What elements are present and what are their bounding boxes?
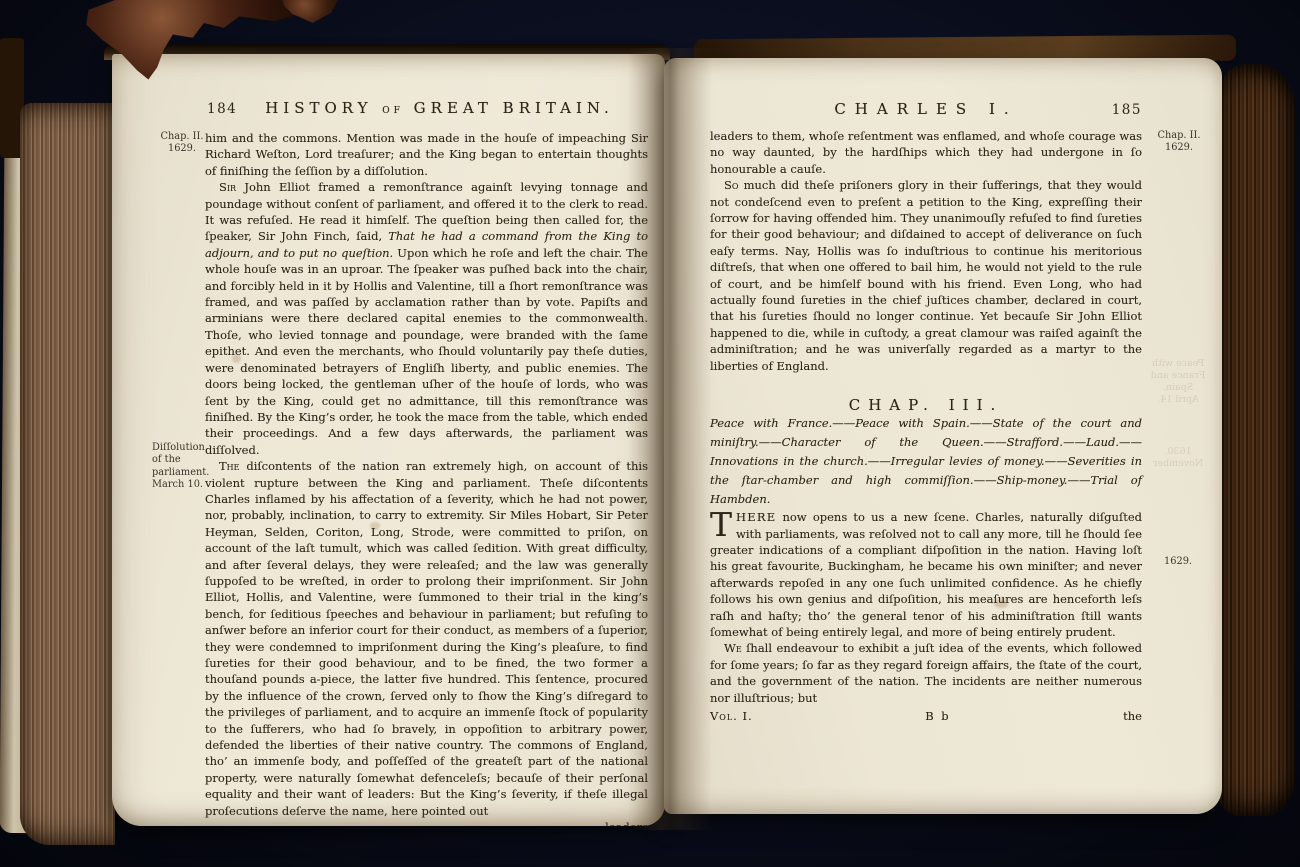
right-page-edge-stack <box>1218 64 1295 816</box>
signature-mark: B b <box>925 708 950 724</box>
left-page-edge-stack <box>20 103 115 845</box>
chapter-argument: Peace with France.——Peace with Spain.——S… <box>710 414 1142 509</box>
left-header: 184 HISTORY of GREAT BRITAIN. <box>205 99 648 117</box>
margin-note-chapter: Chap. II. 1629. <box>156 131 208 156</box>
body-paragraph: him and the commons. Mention was made in… <box>205 130 648 179</box>
body-paragraph: leaders to them, whoſe reſentment was en… <box>710 128 1142 177</box>
catchword: the <box>1123 708 1142 724</box>
bleed-through-note: 1630. November <box>1148 446 1208 470</box>
right-page-number: 185 <box>1112 102 1142 118</box>
left-running-head: HISTORY of GREAT BRITAIN. <box>205 99 648 117</box>
margin-note-chapter: Chap. II. 1629. <box>1152 130 1206 155</box>
paragraph-text: HERE now opens to us a new ſcene. Charle… <box>710 510 1142 639</box>
drop-cap: T <box>710 509 736 538</box>
body-paragraph: So much did theſe priſoners glory in the… <box>710 177 1142 374</box>
page-footer: Vol. I. B b the <box>710 708 1142 724</box>
chapter-heading: CHAP. III. <box>710 396 1142 414</box>
right-page-body: leaders to them, whoſe reſentment was en… <box>710 128 1142 724</box>
left-page-body: him and the commons. Mention was made in… <box>205 130 648 826</box>
left-page: 184 HISTORY of GREAT BRITAIN. Chap. II. … <box>112 54 665 826</box>
margin-note-dissolution: Diſſolution of the parliament. March 10. <box>152 442 208 491</box>
leather-fragment-small <box>282 0 338 23</box>
body-paragraph: The diſcontents of the nation ran extrem… <box>205 458 648 819</box>
margin-note-year: 1629. <box>1164 556 1204 568</box>
bleed-through-note: Peace with France and Spain. April 14. <box>1150 358 1206 406</box>
body-paragraph: THERE now opens to us a new ſcene. Charl… <box>710 509 1142 640</box>
catchword: leaders <box>205 819 648 826</box>
right-running-head: CHARLES I. <box>710 100 1142 118</box>
volume-label: Vol. I. <box>710 708 753 724</box>
book-photograph: 184 HISTORY of GREAT BRITAIN. Chap. II. … <box>0 0 1300 867</box>
right-page: CHARLES I. 185 Chap. II. 1629. 1629. Pea… <box>664 58 1222 814</box>
body-paragraph: Sir John Elliot framed a remonſtrance ag… <box>205 179 648 458</box>
body-paragraph: We ſhall endeavour to exhibit a juſt ide… <box>710 640 1142 706</box>
left-page-number: 184 <box>207 101 237 117</box>
right-header: CHARLES I. 185 <box>710 100 1142 118</box>
